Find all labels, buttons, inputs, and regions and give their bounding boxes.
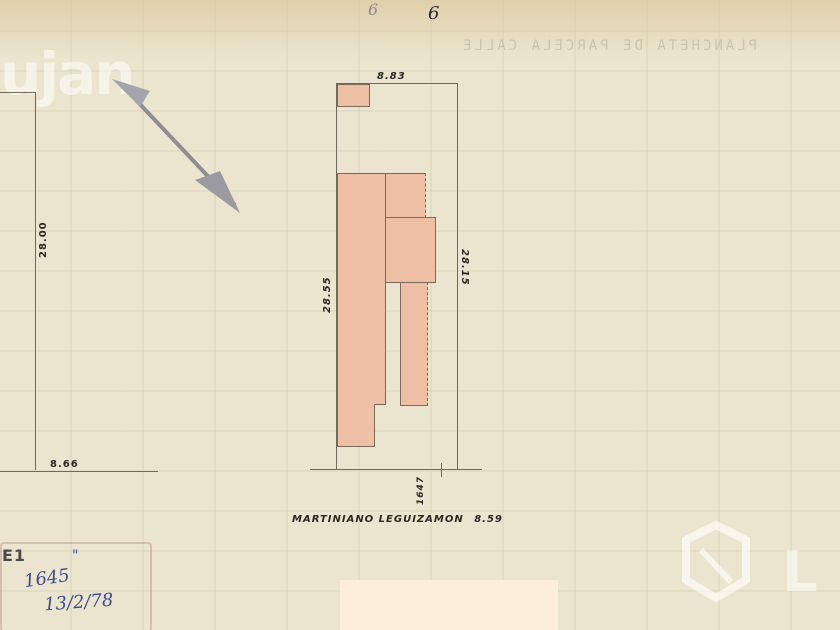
built-area-lower <box>400 282 428 406</box>
left-depth-label: 28.55 <box>322 276 333 313</box>
stamp-partial-text: E1 <box>2 546 26 565</box>
street-number-label: 1647 <box>416 476 426 505</box>
watermark-letter-right: L <box>782 540 818 605</box>
front-width-label: 8.83 <box>377 71 406 82</box>
top-mark-2: 6 <box>428 3 439 24</box>
built-area-main <box>337 173 375 447</box>
faded-header-text: PLANCHETA DE PARCELA CALLE <box>460 38 757 54</box>
north-arrow-icon <box>110 75 250 220</box>
neighbor-right-boundary <box>35 92 36 470</box>
built-area-middle <box>385 217 436 283</box>
street-line <box>310 469 482 470</box>
neighbor-front-line <box>0 471 158 472</box>
built-area-rear <box>337 84 370 107</box>
neighbor-depth-label: 28.00 <box>38 221 49 258</box>
street-name: MARTINIANO LEGUIZAMON <box>292 514 464 525</box>
neighbor-front-label: 8.66 <box>50 459 79 470</box>
street-name-label: MARTINIANO LEGUIZAMON 8.59 <box>292 514 503 525</box>
neighbor-top-boundary <box>0 92 36 93</box>
blank-cover-box <box>340 580 558 630</box>
number-tick <box>441 463 442 477</box>
right-depth-label: 28.15 <box>459 249 470 286</box>
watermark-logo-right-icon <box>676 520 756 610</box>
street-width: 8.59 <box>474 514 503 525</box>
built-area-upper <box>385 173 426 218</box>
top-mark-1: 6 <box>368 0 378 19</box>
handwritten-mark: " <box>72 548 78 564</box>
